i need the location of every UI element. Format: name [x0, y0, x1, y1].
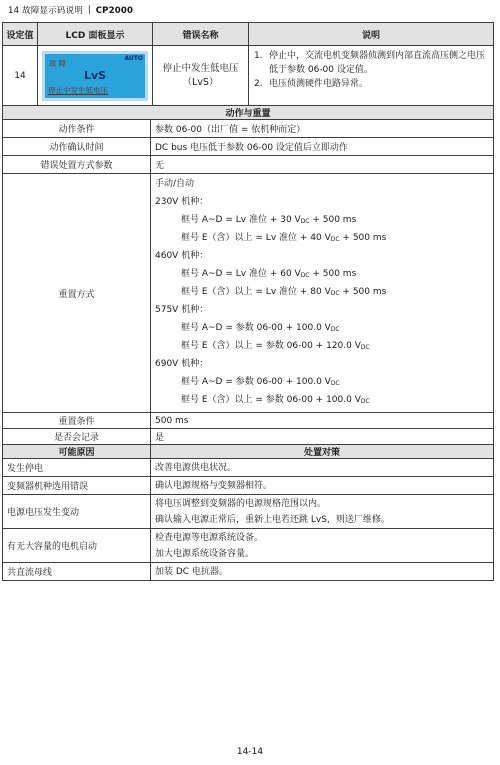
countermeasure-cell: 将电压调整到变频器的电源规格范围以内。 确认输入电源正常后，重新上电若还跳 Lv… — [150, 495, 493, 528]
lcd-auto-indicator: AUTO — [124, 55, 143, 62]
description-item: 2. 电压侦测硬件电路异常。 — [254, 78, 488, 92]
countermeasure-line: 加大电源系统设备容量。 — [155, 546, 489, 562]
reset-line: 575V 机种： — [155, 302, 489, 320]
col-header-countermeasure: 处置对策 — [150, 445, 493, 458]
page-number: 14-14 — [0, 747, 500, 757]
header-separator: ｜ — [85, 6, 94, 16]
chapter-title: 14 故障显示码说明 — [8, 6, 83, 16]
row-label: 是否会记录 — [3, 429, 150, 444]
countermeasure-line: 检查电源等电源系统设备。 — [155, 530, 489, 546]
row-label: 动作确认时间 — [3, 138, 150, 155]
countermeasure-cell: 加装 DC 电抗器。 — [150, 563, 493, 580]
row-value: 是 — [150, 429, 493, 444]
table-header-row: 设定值 LCD 面板显示 错误名称 说明 — [3, 23, 493, 45]
page-header: 14 故障显示码说明｜CP2000 — [8, 4, 133, 16]
description-item: 1. 停止中，交流电机变频器侦测到内部直流高压侧之电压低于参数 06-00 设定… — [254, 50, 488, 77]
cause-text: 变频器机种选用错误 — [3, 477, 150, 494]
countermeasure-line: 改善电源供电状况。 — [155, 460, 489, 476]
countermeasure-line: 确认输入电源正常后，重新上电若还跳 LvS，则送厂维修。 — [155, 512, 489, 528]
cause-row: 变频器机种选用错误 确认电源规格与变频器相符。 — [3, 476, 493, 494]
cause-row: 电源电压发生变动 将电压调整到变频器的电源规格范围以内。 确认输入电源正常后，重… — [3, 494, 493, 528]
table-row: 是否会记录 是 — [3, 428, 493, 444]
cause-row: 有无大容量的电机启动 检查电源等电源系统设备。 加大电源系统设备容量。 — [3, 528, 493, 562]
countermeasure-line: 将电压调整到变频器的电源规格范围以内。 — [155, 496, 489, 512]
causes-header-row: 可能原因 处置对策 — [3, 444, 493, 458]
lcd-screen: AUTO 故障 LvS 停止中发生低电压 — [45, 54, 145, 98]
cause-text: 有无大容量的电机启动 — [3, 529, 150, 562]
row-value: 无 — [150, 156, 493, 173]
col-header-error-name: 错误名称 — [152, 23, 248, 45]
table-row: 动作条件 参数 06-00（出厂值 = 依机种而定） — [3, 119, 493, 137]
row-value: 500 ms — [150, 413, 493, 428]
col-header-possible-cause: 可能原因 — [3, 445, 150, 458]
lcd-fault-message: 停止中发生低电压 — [48, 85, 108, 96]
cause-row: 发生停电 改善电源供电状况。 — [3, 458, 493, 476]
reset-line: 690V 机种： — [155, 356, 489, 374]
error-name-line1: 停止中发生低电压 — [162, 62, 238, 76]
description-item-number: 2. — [254, 78, 269, 92]
description-item-text: 停止中，交流电机变频器侦测到内部直流高压侧之电压低于参数 06-00 设定值。 — [269, 50, 488, 77]
lcd-panel-frame: AUTO 故障 LvS 停止中发生低电压 — [42, 51, 148, 101]
row-label: 动作条件 — [3, 120, 150, 137]
lcd-fault-label: 故障 — [49, 58, 68, 69]
row-value: DC bus 电压低于参数 06-00 设定值后立即动作 — [150, 138, 493, 155]
reset-method-value: 手动/自动 230V 机种： 框号 A~D = Lv 准位 + 30 VDC +… — [150, 174, 493, 412]
reset-line: 框号 E（含）以上 = Lv 准位 + 40 VDC + 500 ms — [155, 230, 489, 248]
col-header-lcd-display: LCD 面板显示 — [37, 23, 152, 45]
reset-line: 框号 A~D = Lv 准位 + 60 VDC + 500 ms — [155, 266, 489, 284]
cause-row: 共直流母线 加装 DC 电抗器。 — [3, 562, 493, 580]
reset-line: 230V 机种： — [155, 194, 489, 212]
reset-line: 框号 E（含）以上 = Lv 准位 + 80 VDC + 500 ms — [155, 284, 489, 302]
cause-text: 电源电压发生变动 — [3, 495, 150, 528]
error-name-line2: （LvS） — [183, 76, 219, 90]
row-label: 重置条件 — [3, 413, 150, 428]
fault-row: 14 AUTO 故障 LvS 停止中发生低电压 停止中发生低电压 （LvS） 1… — [3, 45, 493, 105]
table-row: 错误处置方式参数 无 — [3, 155, 493, 173]
description-item-number: 1. — [254, 50, 269, 77]
section-bar-action-reset: 动作与重置 — [3, 105, 493, 119]
row-value: 参数 06-00（出厂值 = 依机种而定） — [150, 120, 493, 137]
table-row: 动作确认时间 DC bus 电压低于参数 06-00 设定值后立即动作 — [3, 137, 493, 155]
lcd-fault-code: LvS — [45, 69, 145, 82]
countermeasure-line: 确认电源规格与变频器相符。 — [155, 478, 489, 494]
product-name: CP2000 — [96, 6, 133, 16]
fault-code-table: 设定值 LCD 面板显示 错误名称 说明 14 AUTO 故障 LvS 停止中发… — [2, 22, 494, 581]
row-label: 错误处置方式参数 — [3, 156, 150, 173]
reset-line: 框号 A~D = 参数 06-00 + 100.0 VDC — [155, 374, 489, 392]
reset-line: 460V 机种： — [155, 248, 489, 266]
col-header-description: 说明 — [248, 23, 493, 45]
reset-line: 手动/自动 — [155, 176, 489, 194]
reset-line: 框号 E（含）以上 = 参数 06-00 + 100.0 VDC — [155, 392, 489, 410]
cause-text: 共直流母线 — [3, 563, 150, 580]
countermeasure-line: 加装 DC 电抗器。 — [155, 564, 489, 580]
countermeasure-cell: 确认电源规格与变频器相符。 — [150, 477, 493, 494]
section-title: 动作与重置 — [3, 106, 493, 119]
table-row: 重置条件 500 ms — [3, 412, 493, 428]
lcd-panel-cell: AUTO 故障 LvS 停止中发生低电压 — [37, 46, 152, 105]
setting-value: 14 — [3, 46, 37, 105]
reset-line: 框号 A~D = Lv 准位 + 30 VDC + 500 ms — [155, 212, 489, 230]
cause-text: 发生停电 — [3, 459, 150, 476]
reset-line: 框号 A~D = 参数 06-00 + 100.0 VDC — [155, 320, 489, 338]
error-name-cell: 停止中发生低电压 （LvS） — [152, 46, 248, 105]
col-header-setting-value: 设定值 — [3, 23, 37, 45]
description-item-text: 电压侦测硬件电路异常。 — [269, 78, 488, 92]
reset-line: 框号 E（含）以上 = 参数 06-00 + 120.0 VDC — [155, 338, 489, 356]
countermeasure-cell: 检查电源等电源系统设备。 加大电源系统设备容量。 — [150, 529, 493, 562]
row-label: 重置方式 — [3, 174, 150, 412]
description-cell: 1. 停止中，交流电机变频器侦测到内部直流高压侧之电压低于参数 06-00 设定… — [248, 46, 493, 105]
countermeasure-cell: 改善电源供电状况。 — [150, 459, 493, 476]
reset-method-row: 重置方式 手动/自动 230V 机种： 框号 A~D = Lv 准位 + 30 … — [3, 173, 493, 412]
